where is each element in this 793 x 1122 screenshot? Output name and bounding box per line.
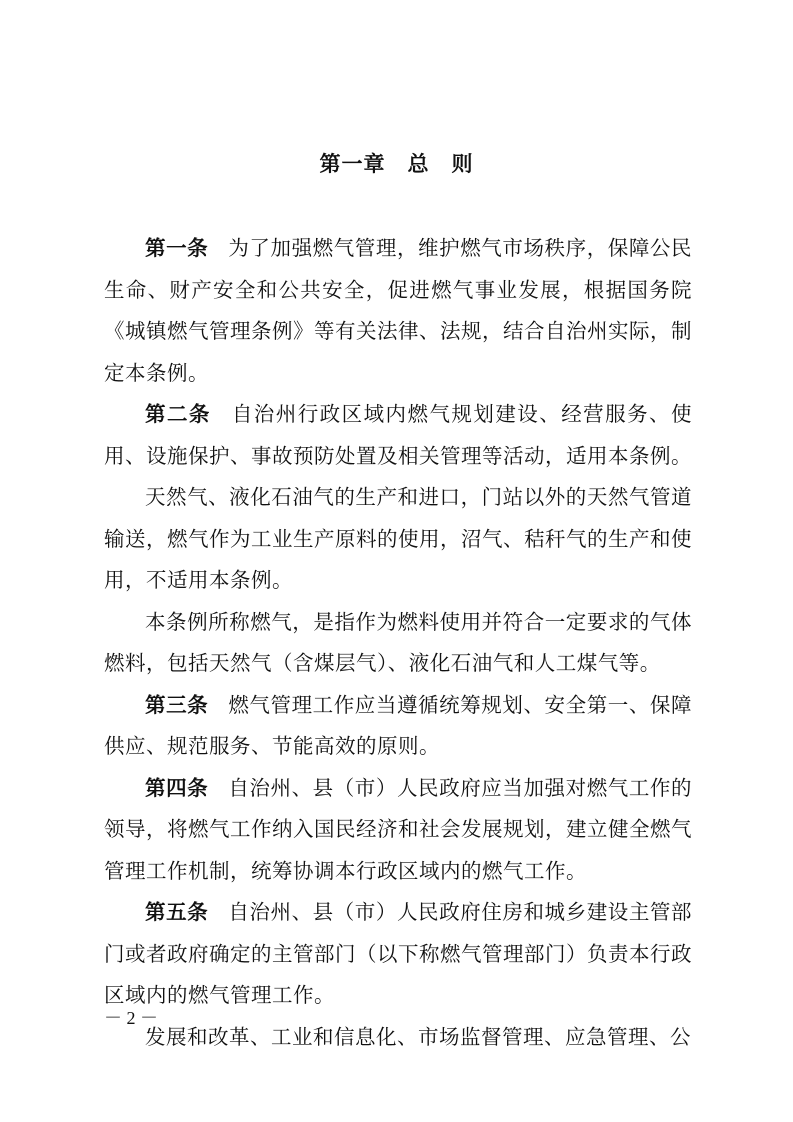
article-label: 第四条: [145, 776, 208, 800]
article-label: 第三条: [145, 693, 208, 717]
article-label: 第五条: [145, 900, 208, 924]
document-body: 第一条为了加强燃气管理，维护燃气市场秩序，保障公民生命、财产安全和公共安全，促进…: [104, 228, 692, 1058]
paragraph-article-2-clause-3: 本条例所称燃气，是指作为燃料使用并符合一定要求的气体燃料，包括天然气（含煤层气）…: [104, 602, 692, 685]
paragraph-article-1: 第一条为了加强燃气管理，维护燃气市场秩序，保障公民生命、财产安全和公共安全，促进…: [104, 228, 692, 394]
page-number: － 2 －: [104, 1004, 158, 1030]
paragraph-article-3: 第三条燃气管理工作应当遵循统筹规划、安全第一、保障供应、规范服务、节能高效的原则…: [104, 685, 692, 768]
paragraph-article-5-clause-2: 发展和改革、工业和信息化、市场监督管理、应急管理、公: [104, 1017, 692, 1059]
paragraph-text: 天然气、液化石油气的生产和进口，门站以外的天然气管道输送，燃气作为工业生产原料的…: [104, 485, 692, 592]
paragraph-article-5: 第五条自治州、县（市）人民政府住房和城乡建设主管部门或者政府确定的主管部门（以下…: [104, 892, 692, 1017]
paragraph-text: 本条例所称燃气，是指作为燃料使用并符合一定要求的气体燃料，包括天然气（含煤层气）…: [104, 610, 692, 676]
paragraph-article-2: 第二条自治州行政区域内燃气规划建设、经营服务、使用、设施保护、事故预防处置及相关…: [104, 394, 692, 477]
article-label: 第一条: [145, 236, 208, 260]
paragraph-article-4: 第四条自治州、县（市）人民政府应当加强对燃气工作的领导，将燃气工作纳入国民经济和…: [104, 768, 692, 893]
article-label: 第二条: [145, 402, 211, 426]
chapter-title-text: 第一章 总 则: [320, 152, 474, 176]
document-page: 第一章 总 则 第一条为了加强燃气管理，维护燃气市场秩序，保障公民生命、财产安全…: [0, 0, 793, 1122]
paragraph-text: 发展和改革、工业和信息化、市场监督管理、应急管理、公: [145, 1025, 691, 1049]
paragraph-article-2-clause-2: 天然气、液化石油气的生产和进口，门站以外的天然气管道输送，燃气作为工业生产原料的…: [104, 477, 692, 602]
chapter-title: 第一章 总 则: [0, 148, 793, 178]
